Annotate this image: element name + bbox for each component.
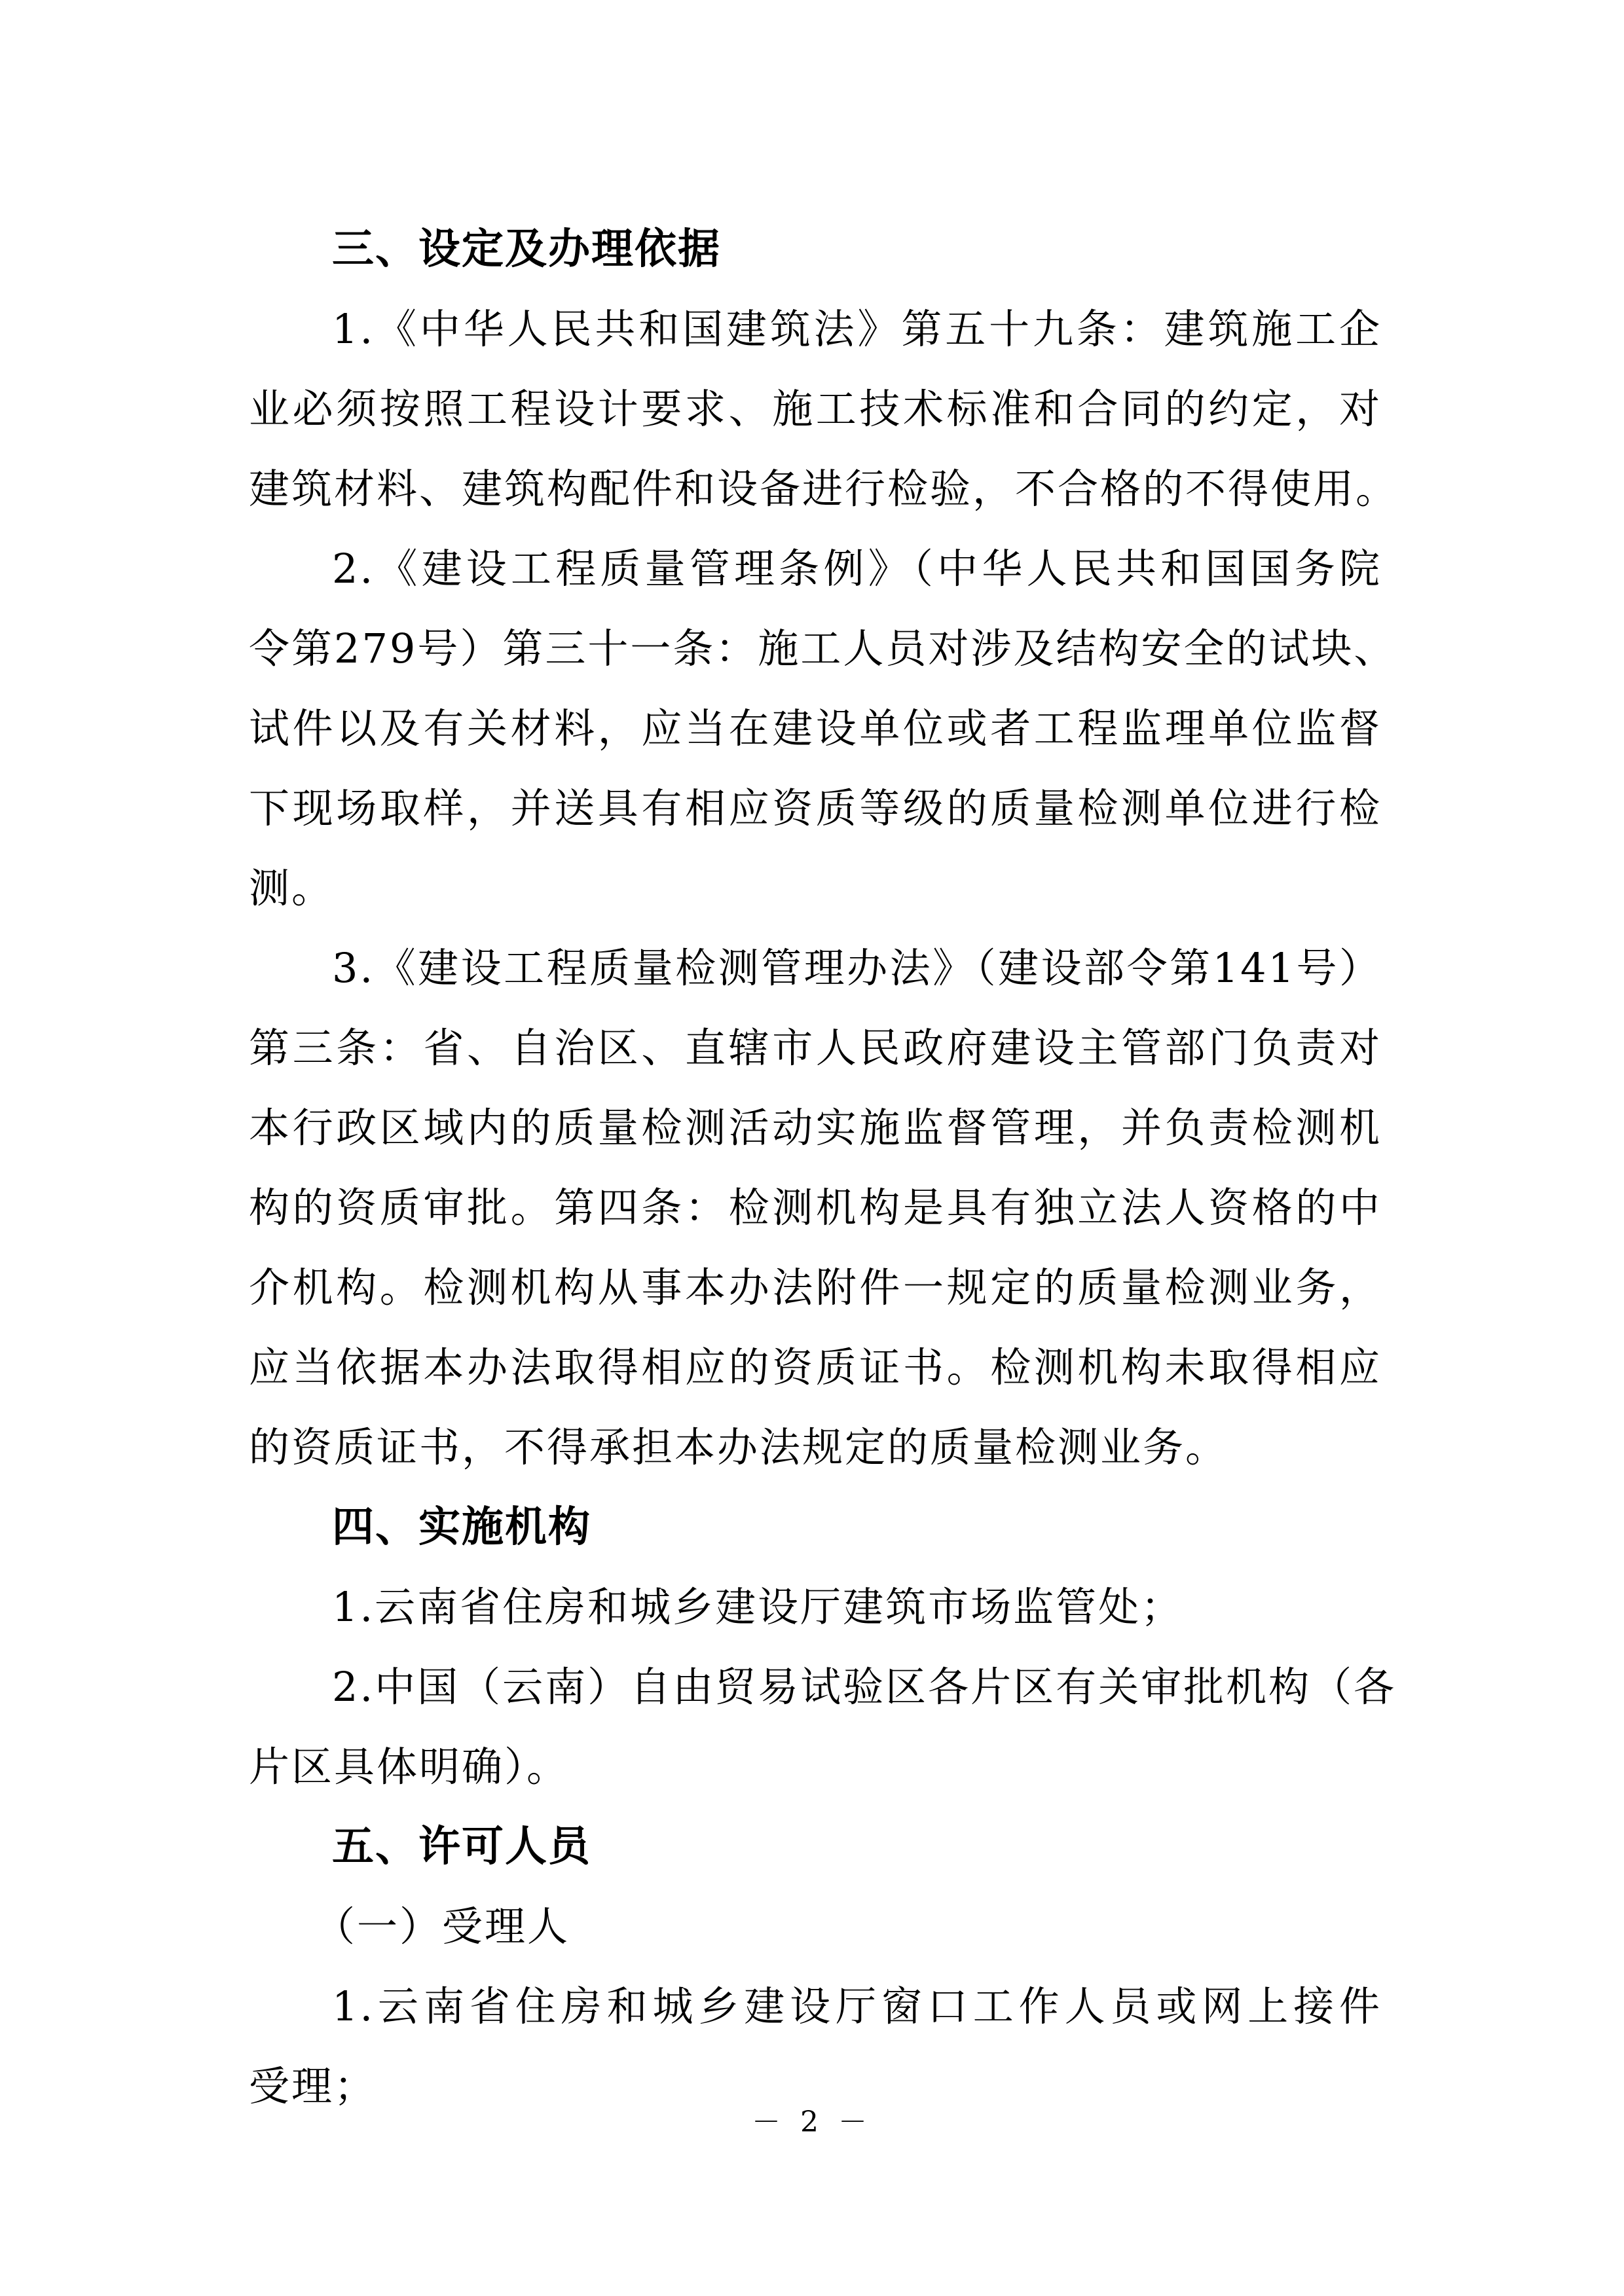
text-line: 2.中国（云南）自由贸易试验区各片区有关审批机构（各 [249, 1647, 1382, 1727]
section-heading-personnel: 五、许可人员 [249, 1807, 1382, 1887]
page-number: － 2 － [0, 2098, 1624, 2140]
text-line: 1.《中华人民共和国建筑法》第五十九条：建筑施工企 [249, 289, 1382, 369]
text-line: 1.云南省住房和城乡建设厅窗口工作人员或网上接件 [249, 1967, 1382, 2047]
text-line: 测。 [249, 848, 1382, 928]
text-line: 应当依据本办法取得相应的资质证书。检测机构未取得相应 [249, 1328, 1382, 1408]
text-line: 业必须按照工程设计要求、施工技术标准和合同的约定，对 [249, 369, 1382, 449]
text-line: 介机构。检测机构从事本办法附件一规定的质量检测业务， [249, 1248, 1382, 1328]
text-line: 的资质证书，不得承担本办法规定的质量检测业务。 [249, 1408, 1382, 1487]
text-line: 片区具体明确）。 [249, 1727, 1382, 1807]
section-heading-agency: 四、实施机构 [249, 1487, 1382, 1567]
text-line: 1.云南省住房和城乡建设厅建筑市场监管处； [249, 1567, 1382, 1647]
text-line: 本行政区域内的质量检测活动实施监督管理，并负责检测机 [249, 1088, 1382, 1168]
text-line: 试件以及有关材料，应当在建设单位或者工程监理单位监督 [249, 689, 1382, 769]
text-line: 构的资质审批。第四条：检测机构是具有独立法人资格的中 [249, 1168, 1382, 1248]
text-line: 令第279号）第三十一条：施工人员对涉及结构安全的试块、 [249, 609, 1382, 689]
text-line: 建筑材料、建筑构配件和设备进行检验，不合格的不得使用。 [249, 449, 1382, 529]
paragraph-basis-2: 2.《建设工程质量管理条例》（中华人民共和国国务院 令第279号）第三十一条：施… [249, 529, 1382, 928]
paragraph-agency-2: 2.中国（云南）自由贸易试验区各片区有关审批机构（各 片区具体明确）。 [249, 1647, 1382, 1807]
document-page: 三、设定及办理依据 1.《中华人民共和国建筑法》第五十九条：建筑施工企 业必须按… [249, 210, 1382, 2126]
text-line: 3.《建设工程质量检测管理办法》（建设部令第141号） [249, 928, 1382, 1008]
paragraph-basis-3: 3.《建设工程质量检测管理办法》（建设部令第141号） 第三条：省、自治区、直辖… [249, 928, 1382, 1487]
section-heading-basis: 三、设定及办理依据 [249, 210, 1382, 289]
text-line: 第三条：省、自治区、直辖市人民政府建设主管部门负责对 [249, 1008, 1382, 1088]
paragraph-basis-1: 1.《中华人民共和国建筑法》第五十九条：建筑施工企 业必须按照工程设计要求、施工… [249, 289, 1382, 529]
text-line: 2.《建设工程质量管理条例》（中华人民共和国国务院 [249, 529, 1382, 609]
subheading-acceptor: （一）受理人 [249, 1887, 1382, 1967]
paragraph-agency-1: 1.云南省住房和城乡建设厅建筑市场监管处； [249, 1567, 1382, 1647]
text-line: 下现场取样，并送具有相应资质等级的质量检测单位进行检 [249, 769, 1382, 848]
